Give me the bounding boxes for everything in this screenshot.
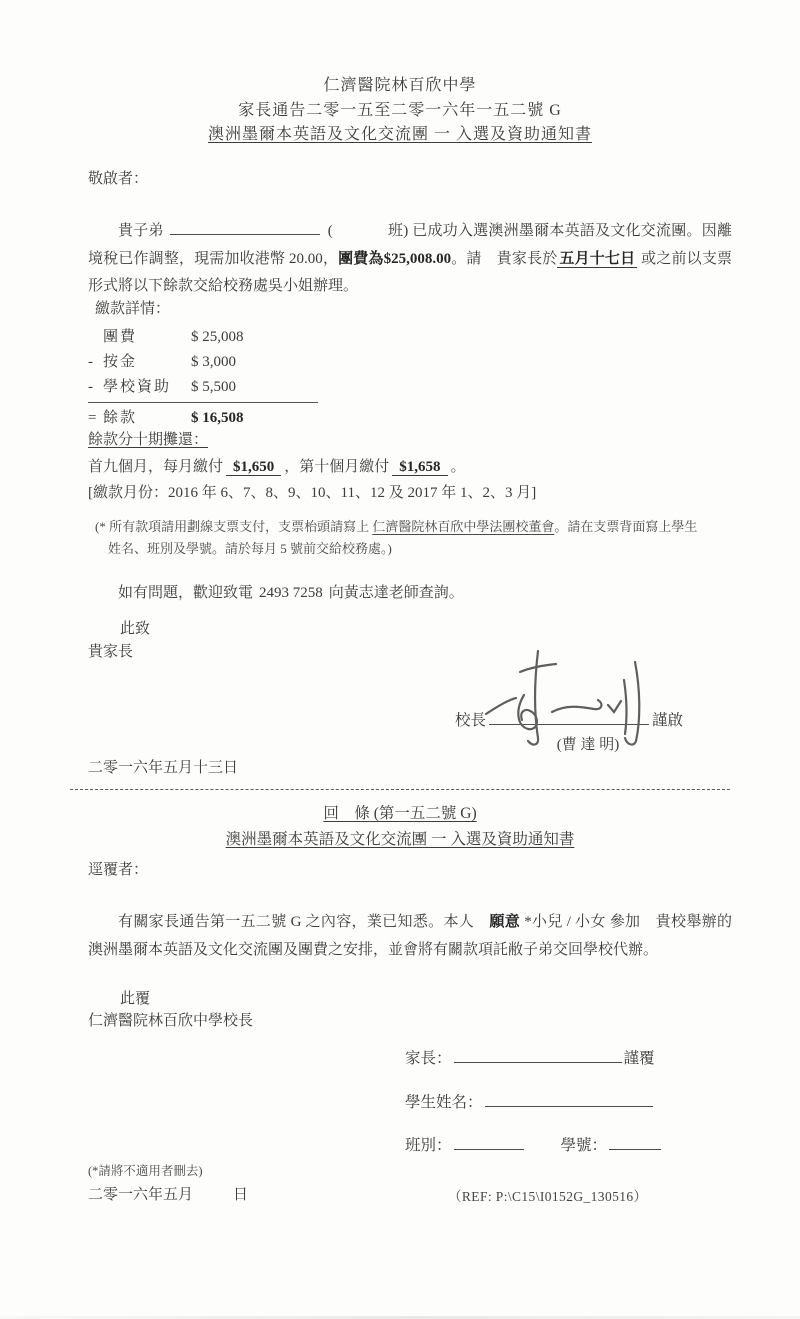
enquiry-suffix: 向黃志達老師查詢。 [329,585,464,601]
cheque-note-line1: (* 所有款項請用劃線支票支付，支票枱頭請寫上 仁濟醫院林百欣中學法團校董會。請… [95,516,727,538]
student-no-blank [609,1134,661,1150]
parent-signature-blank [454,1047,622,1063]
intro-lead: 貴子弟 [118,223,164,239]
notice-number-line: 家長通告二零一五至二零一六年一五二號 G [0,99,800,124]
installment-mid: ，第十個月繳付 [284,459,389,475]
payment-details: 繳款詳情： 團費 $ 25,008 - 按金 $ 3,000 - 學校資助 $ … [88,297,318,431]
enquiry-phone: 2493 7258 [259,585,323,601]
delete-inapplicable-footnote: (*請將不適用者刪去) [88,1161,203,1179]
student-no-label: 學號： [561,1137,608,1154]
reply-slip-subtitle: 澳洲墨爾本英語及文化交流團 一 入選及資助通知書 [0,827,800,853]
installment-sentence: 首九個月，每月繳付$1,650，第十個月繳付$1,658。 [88,454,536,481]
parent-signature-row: 家長：謹覆 [405,1046,655,1068]
closing-recipient: 貴家長 [88,640,133,661]
row-amount: $ 5,500 [191,375,318,400]
row-label: 學校資助 [103,375,191,400]
class-label: 班別： [405,1137,452,1154]
student-name-field-blank [485,1091,653,1107]
table-row-tour-fee: 團費 $ 25,008 [88,325,318,350]
installment-heading: 餘款分十期攤還： [88,427,536,454]
salutation: 敬啟者： [88,167,148,188]
payment-details-heading: 繳款詳情： [95,297,318,322]
class-paren-open: ( [328,223,333,239]
intro-mid: 。請 貴家長於 [451,251,557,267]
reply-footer-date: 二零一六年五月日 [88,1183,248,1204]
willing-option: 願意 [489,914,520,930]
notice-date: 二零一六年五月十三日 [88,756,238,777]
principal-signature [472,648,672,753]
enquiry-prefix: 如有問題，歡迎致電 [118,585,253,601]
class-number-row: 班別：學號： [405,1133,661,1155]
monthly-amount-tenth: $1,658 [392,459,447,476]
reply-slip-title: 回 條 (第一五二號 G) [0,801,800,827]
closing-cizhi: 此致 [120,617,150,638]
parent-label: 家長： [405,1050,452,1067]
installment-end: 。 [451,459,466,475]
reply-addressee: 仁濟醫院林百欣中學校長 [88,1009,253,1030]
document-header: 仁濟醫院林百欣中學 家長通告二零一五至二零一六年一五二號 G 澳洲墨爾本英語及文… [0,74,800,148]
row-operator: - [88,350,103,375]
installment-plan: 餘款分十期攤還： 首九個月，每月繳付$1,650，第十個月繳付$1,658。 [… [88,427,536,507]
installment-prefix: 首九個月，每月繳付 [88,459,223,475]
student-name-row: 學生姓名： [405,1090,653,1112]
row-amount: $ 25,008 [191,325,318,350]
monthly-amount-first-nine: $1,650 [226,459,281,476]
parent-respect-label: 謹覆 [624,1050,655,1067]
cheque-note-suffix: 。請在支票背面寫上學生 [554,519,697,534]
intro-paragraph: 貴子弟(班) 已成功入選澳洲墨爾本英語及文化交流團。因離境稅已作調整，現需加收港… [88,218,732,301]
reply-cifu: 此覆 [120,987,150,1008]
row-operator: - [88,375,103,400]
class-field-blank [454,1134,524,1150]
school-name: 仁濟醫院林百欣中學 [0,74,800,99]
cheque-note-prefix: (* 所有款項請用劃線支票支付，支票枱頭請寫上 [95,519,372,534]
cheque-payee: 仁濟醫院林百欣中學法團校董會 [372,519,554,534]
student-name-label: 學生姓名： [405,1094,483,1111]
cheque-note-line2: 姓名、班別及學號。請於每月 5 號前交給校務處。) [95,538,727,560]
scanned-notice-page: 仁濟醫院林百欣中學 家長通告二零一五至二零一六年一五二號 G 澳洲墨爾本英語及文… [0,0,800,1319]
reply-paragraph: 有關家長通告第一五二號 G 之內容，業已知悉。本人 願意 *小兒 / 小女 參加… [88,909,732,964]
row-label: 按金 [103,350,191,375]
tour-fee-amount: 團費為$25,008.00 [338,251,451,267]
reply-salutation: 逕覆者： [88,858,148,879]
payment-months-note: [繳款月份：2016 年 6、7、8、9、10、11、12 及 2017 年 1… [88,480,536,507]
table-row-school-subsidy: - 學校資助 $ 5,500 [88,375,318,400]
notice-title: 澳洲墨爾本英語及文化交流團 一 入選及資助通知書 [0,123,800,148]
footer-date-suffix: 日 [233,1187,248,1203]
table-row-deposit: - 按金 $ 3,000 [88,350,318,375]
tear-line-divider [70,789,730,790]
reply-body-prefix: 有關家長通告第一五二號 G 之內容，業已知悉。本人 [118,914,489,930]
row-label: 團費 [103,325,191,350]
row-amount: $ 3,000 [191,350,318,375]
payment-deadline: 五月十七日 [557,251,637,268]
cheque-note: (* 所有款項請用劃線支票支付，支票枱頭請寫上 仁濟醫院林百欣中學法團校董會。請… [95,516,727,560]
enquiry-line: 如有問題，歡迎致電2493 7258向黃志達老師查詢。 [88,581,464,602]
ref-number: （REF: P:\C15\I0152G_130516） [448,1185,647,1205]
reply-slip-header: 回 條 (第一五二號 G) 澳洲墨爾本英語及文化交流團 一 入選及資助通知書 [0,801,800,852]
footer-date-prefix: 二零一六年五月 [88,1187,193,1203]
student-name-blank [170,219,320,235]
